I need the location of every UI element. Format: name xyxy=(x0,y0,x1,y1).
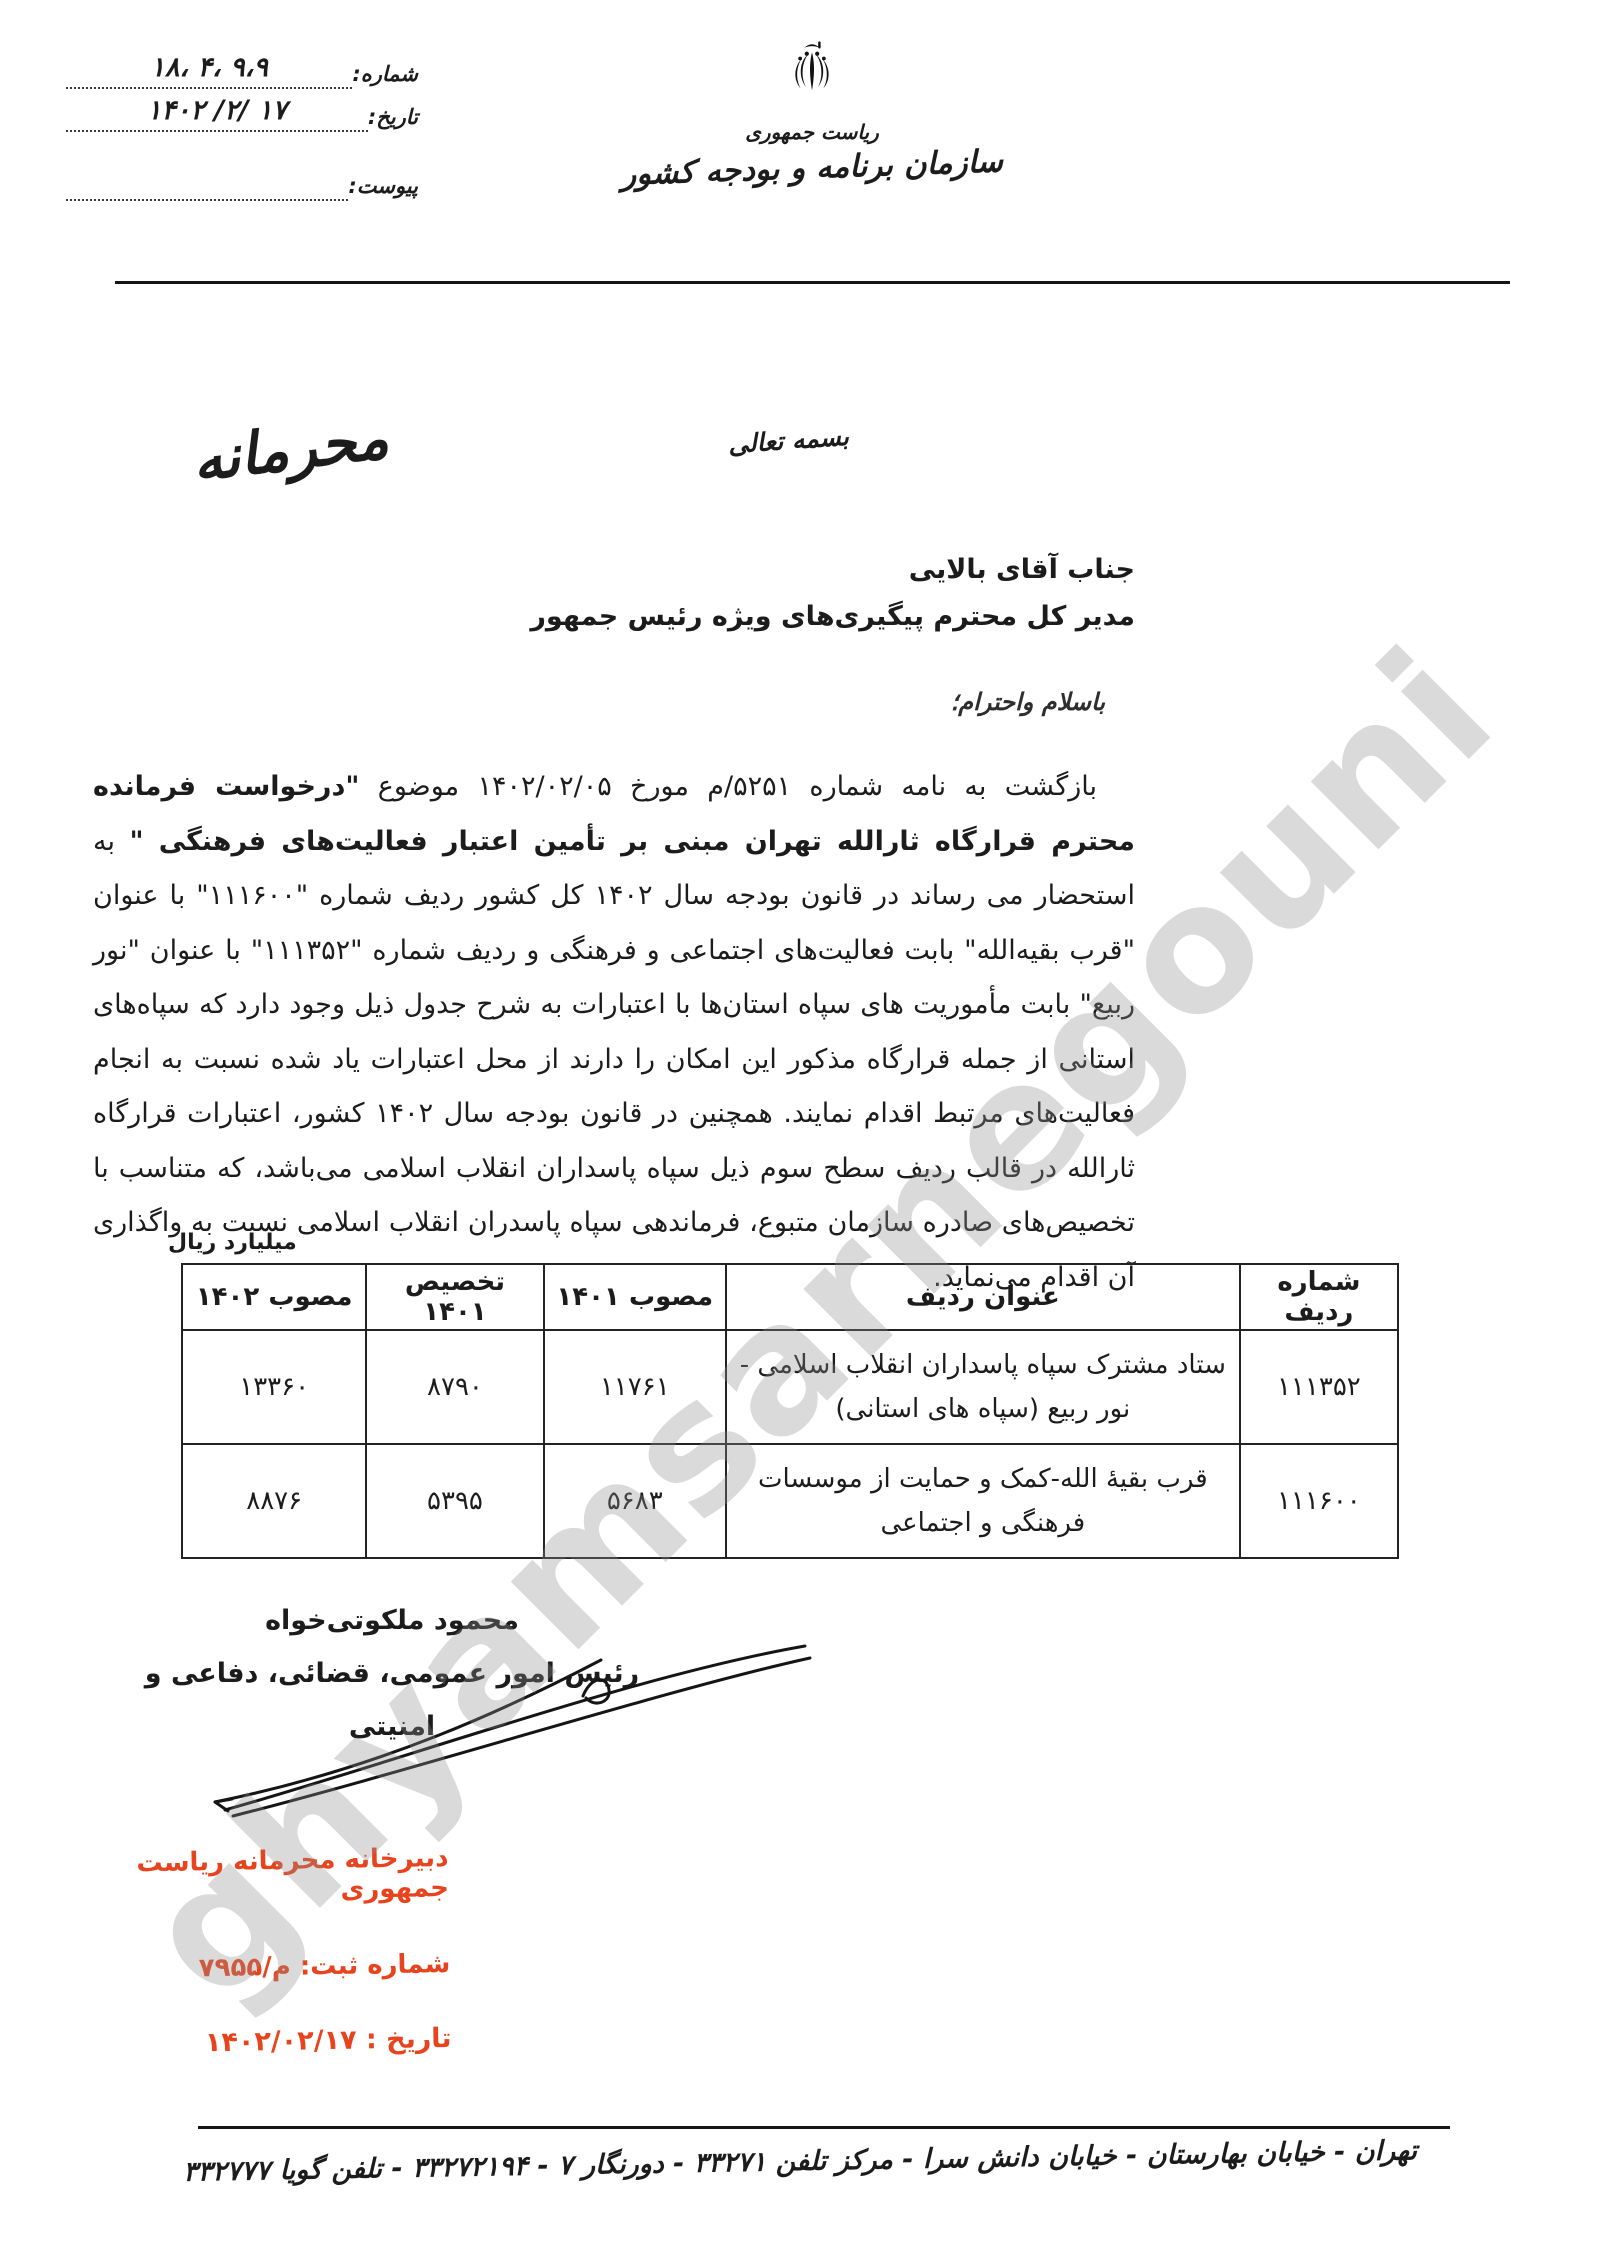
cell-approved-1402: ۱۳۳۶۰ xyxy=(182,1330,366,1444)
org-parent-name: ریاست جمهوری xyxy=(612,120,1012,144)
org-name: سازمان برنامه و بودجه کشور xyxy=(611,143,1012,193)
cell-approved-1401: ۵۶۸۳ xyxy=(544,1444,726,1558)
scanned-letter-page: شماره: ۱۸، ۴، ۹،۹ تاریخ: ۱۴۰۲ /۲/ ۱۷ پیو… xyxy=(0,0,1600,2259)
body-rest: به استحضار می رساند در قانون بودجه سال ۱… xyxy=(93,826,1135,1293)
registry-date: تاریخ : ۱۴۰۲/۰۲/۱۷ xyxy=(101,2023,451,2060)
budget-table: شماره ردیف عنوان ردیف مصوب ۱۴۰۱ تخصیص ۱۴… xyxy=(181,1263,1399,1559)
attachment-field: پیوست: xyxy=(66,172,418,201)
date-field: تاریخ: ۱۴۰۲ /۲/ ۱۷ xyxy=(66,95,418,132)
cell-approved-1402: ۸۸۷۶ xyxy=(182,1444,366,1558)
body-start: بازگشت به نامه شماره ۵۲۵۱/م مورخ ۱۴۰۲/۰۲… xyxy=(359,771,1097,802)
table-row: ۱۱۱۶۰۰ قرب بقیهٔ الله-کمک و حمایت از موس… xyxy=(182,1444,1398,1558)
recipient-block: جناب آقای بالایی مدیر کل محترم پیگیری‌ها… xyxy=(530,546,1135,640)
salutation: باسلام واحترام؛ xyxy=(951,688,1105,716)
meta-fields: شماره: ۱۸، ۴، ۹،۹ تاریخ: ۱۴۰۲ /۲/ ۱۷ پیو… xyxy=(66,52,418,201)
footer-address: تهران - خیابان بهارستان - خیابان دانش سر… xyxy=(150,2135,1450,2189)
cell-allocation-1401: ۸۷۹۰ xyxy=(366,1330,543,1444)
number-value: ۱۸، ۴، ۹،۹ xyxy=(66,52,352,89)
header-allocation-1401: تخصیص ۱۴۰۱ xyxy=(366,1264,543,1330)
registration-number-field: شماره: ۱۸، ۴، ۹،۹ xyxy=(66,52,418,89)
registry-office: دبیرخانه محرمانه ریاست جمهوری xyxy=(98,1843,449,1909)
cell-row-title: ستاد مشترک سپاه پاسداران انقلاب اسلامی -… xyxy=(726,1330,1240,1444)
cell-allocation-1401: ۵۳۹۵ xyxy=(366,1444,543,1558)
letterhead: ریاست جمهوری سازمان برنامه و بودجه کشور xyxy=(612,40,1012,186)
number-label: شماره: xyxy=(352,62,418,89)
header-approved-1401: مصوب ۱۴۰۱ xyxy=(544,1264,726,1330)
cell-row-number: ۱۱۱۶۰۰ xyxy=(1240,1444,1398,1558)
besmele-text: بسمه تعالی xyxy=(727,422,850,459)
table-unit-label: میلیارد ریال xyxy=(168,1230,297,1255)
table-row: ۱۱۱۳۵۲ ستاد مشترک سپاه پاسداران انقلاب ا… xyxy=(182,1330,1398,1444)
header-divider xyxy=(115,281,1510,284)
cell-approved-1401: ۱۱۷۶۱ xyxy=(544,1330,726,1444)
confidential-stamp: محرمانه xyxy=(189,403,392,494)
registry-stamp: دبیرخانه محرمانه ریاست جمهوری شماره ثبت:… xyxy=(98,1843,452,2060)
attachment-label: پیوست: xyxy=(348,174,418,201)
handwritten-signature xyxy=(163,1618,823,1833)
date-value: ۱۴۰۲ /۲/ ۱۷ xyxy=(66,95,368,132)
header-row-title: عنوان ردیف xyxy=(726,1264,1240,1330)
cell-row-title: قرب بقیهٔ الله-کمک و حمایت از موسسات فره… xyxy=(726,1444,1240,1558)
date-label: تاریخ: xyxy=(368,105,418,132)
cell-row-number: ۱۱۱۳۵۲ xyxy=(1240,1330,1398,1444)
footer-divider xyxy=(198,2126,1450,2129)
recipient-name: جناب آقای بالایی xyxy=(530,546,1135,593)
header-approved-1402: مصوب ۱۴۰۲ xyxy=(182,1264,366,1330)
registry-number: شماره ثبت: م/۷۹۵۵ xyxy=(100,1949,450,1985)
letter-body: بازگشت به نامه شماره ۵۲۵۱/م مورخ ۱۴۰۲/۰۲… xyxy=(93,760,1135,1305)
recipient-title: مدیر کل محترم پیگیری‌های ویژه رئیس جمهور xyxy=(530,593,1135,640)
attachment-value xyxy=(66,172,348,201)
table-header-row: شماره ردیف عنوان ردیف مصوب ۱۴۰۱ تخصیص ۱۴… xyxy=(182,1264,1398,1330)
iran-emblem-icon xyxy=(783,40,841,114)
header-row-number: شماره ردیف xyxy=(1240,1264,1398,1330)
